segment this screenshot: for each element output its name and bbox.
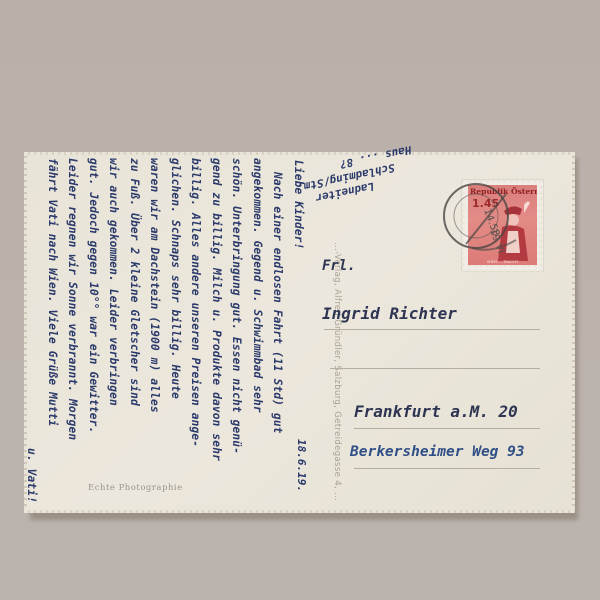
message-line: schön. Unterbringung gut. Essen nicht ge… — [226, 158, 247, 508]
recipient-city: Frankfurt a.M. 20 — [354, 402, 518, 421]
message-line: billig. Alles andere unseren Preisen ang… — [185, 158, 206, 508]
sender-address: Ladneiter Schladming/Stm. Haus ... 8? — [293, 142, 418, 208]
address-line — [324, 329, 540, 330]
message-line: angekommen. Gegend u. Schwimmbad sehr — [247, 158, 268, 508]
message-signoff: u. Vati! — [21, 158, 42, 508]
message-line: zu Fuß. Über 2 kleine Gletscher sind — [124, 158, 145, 508]
address-line — [330, 368, 540, 369]
address-line — [354, 428, 540, 429]
message-line: wir auch gekommen. Leider verbringen — [103, 158, 124, 508]
message-line: Nach einer endlosen Fahrt (11 Std) gut — [267, 158, 288, 508]
postcard: Liebe Kinder! 18.6.19. Nach einer endlos… — [24, 152, 575, 513]
handwritten-message: Liebe Kinder! 18.6.19. Nach einer endlos… — [46, 158, 308, 508]
deckled-edge-right — [572, 152, 575, 513]
address-line — [354, 468, 540, 469]
postmark-cancellation: 14.58 19 VI — [436, 174, 526, 260]
message-line: Leider regnen wir Sonne verbrannt. Morge… — [62, 158, 83, 508]
recipient-salutation: Frl. — [322, 258, 356, 274]
recipient-name: Ingrid Richter — [322, 304, 457, 323]
recipient-street: Berkersheimer Weg 93 — [350, 444, 525, 460]
message-line: glichen. Schnaps sehr billig. Heute — [165, 158, 186, 508]
publisher-imprint: ...-Verlag, Alfred Gründler, Salzburg, G… — [332, 242, 342, 582]
message-line: fährt Vati nach Wien. Viele Grüße Mutti — [42, 158, 63, 508]
message-line: gut. Jedoch gegen 10°° war ein Gewitter. — [83, 158, 104, 508]
message-line: gend zu billig. Milch u. Produkte davon … — [206, 158, 227, 508]
photo-label: Echte Photographie — [88, 483, 183, 493]
message-date: 18.6.19. — [295, 439, 308, 492]
message-line: waren wir am Dachstein (1900 m) alles — [144, 158, 165, 508]
